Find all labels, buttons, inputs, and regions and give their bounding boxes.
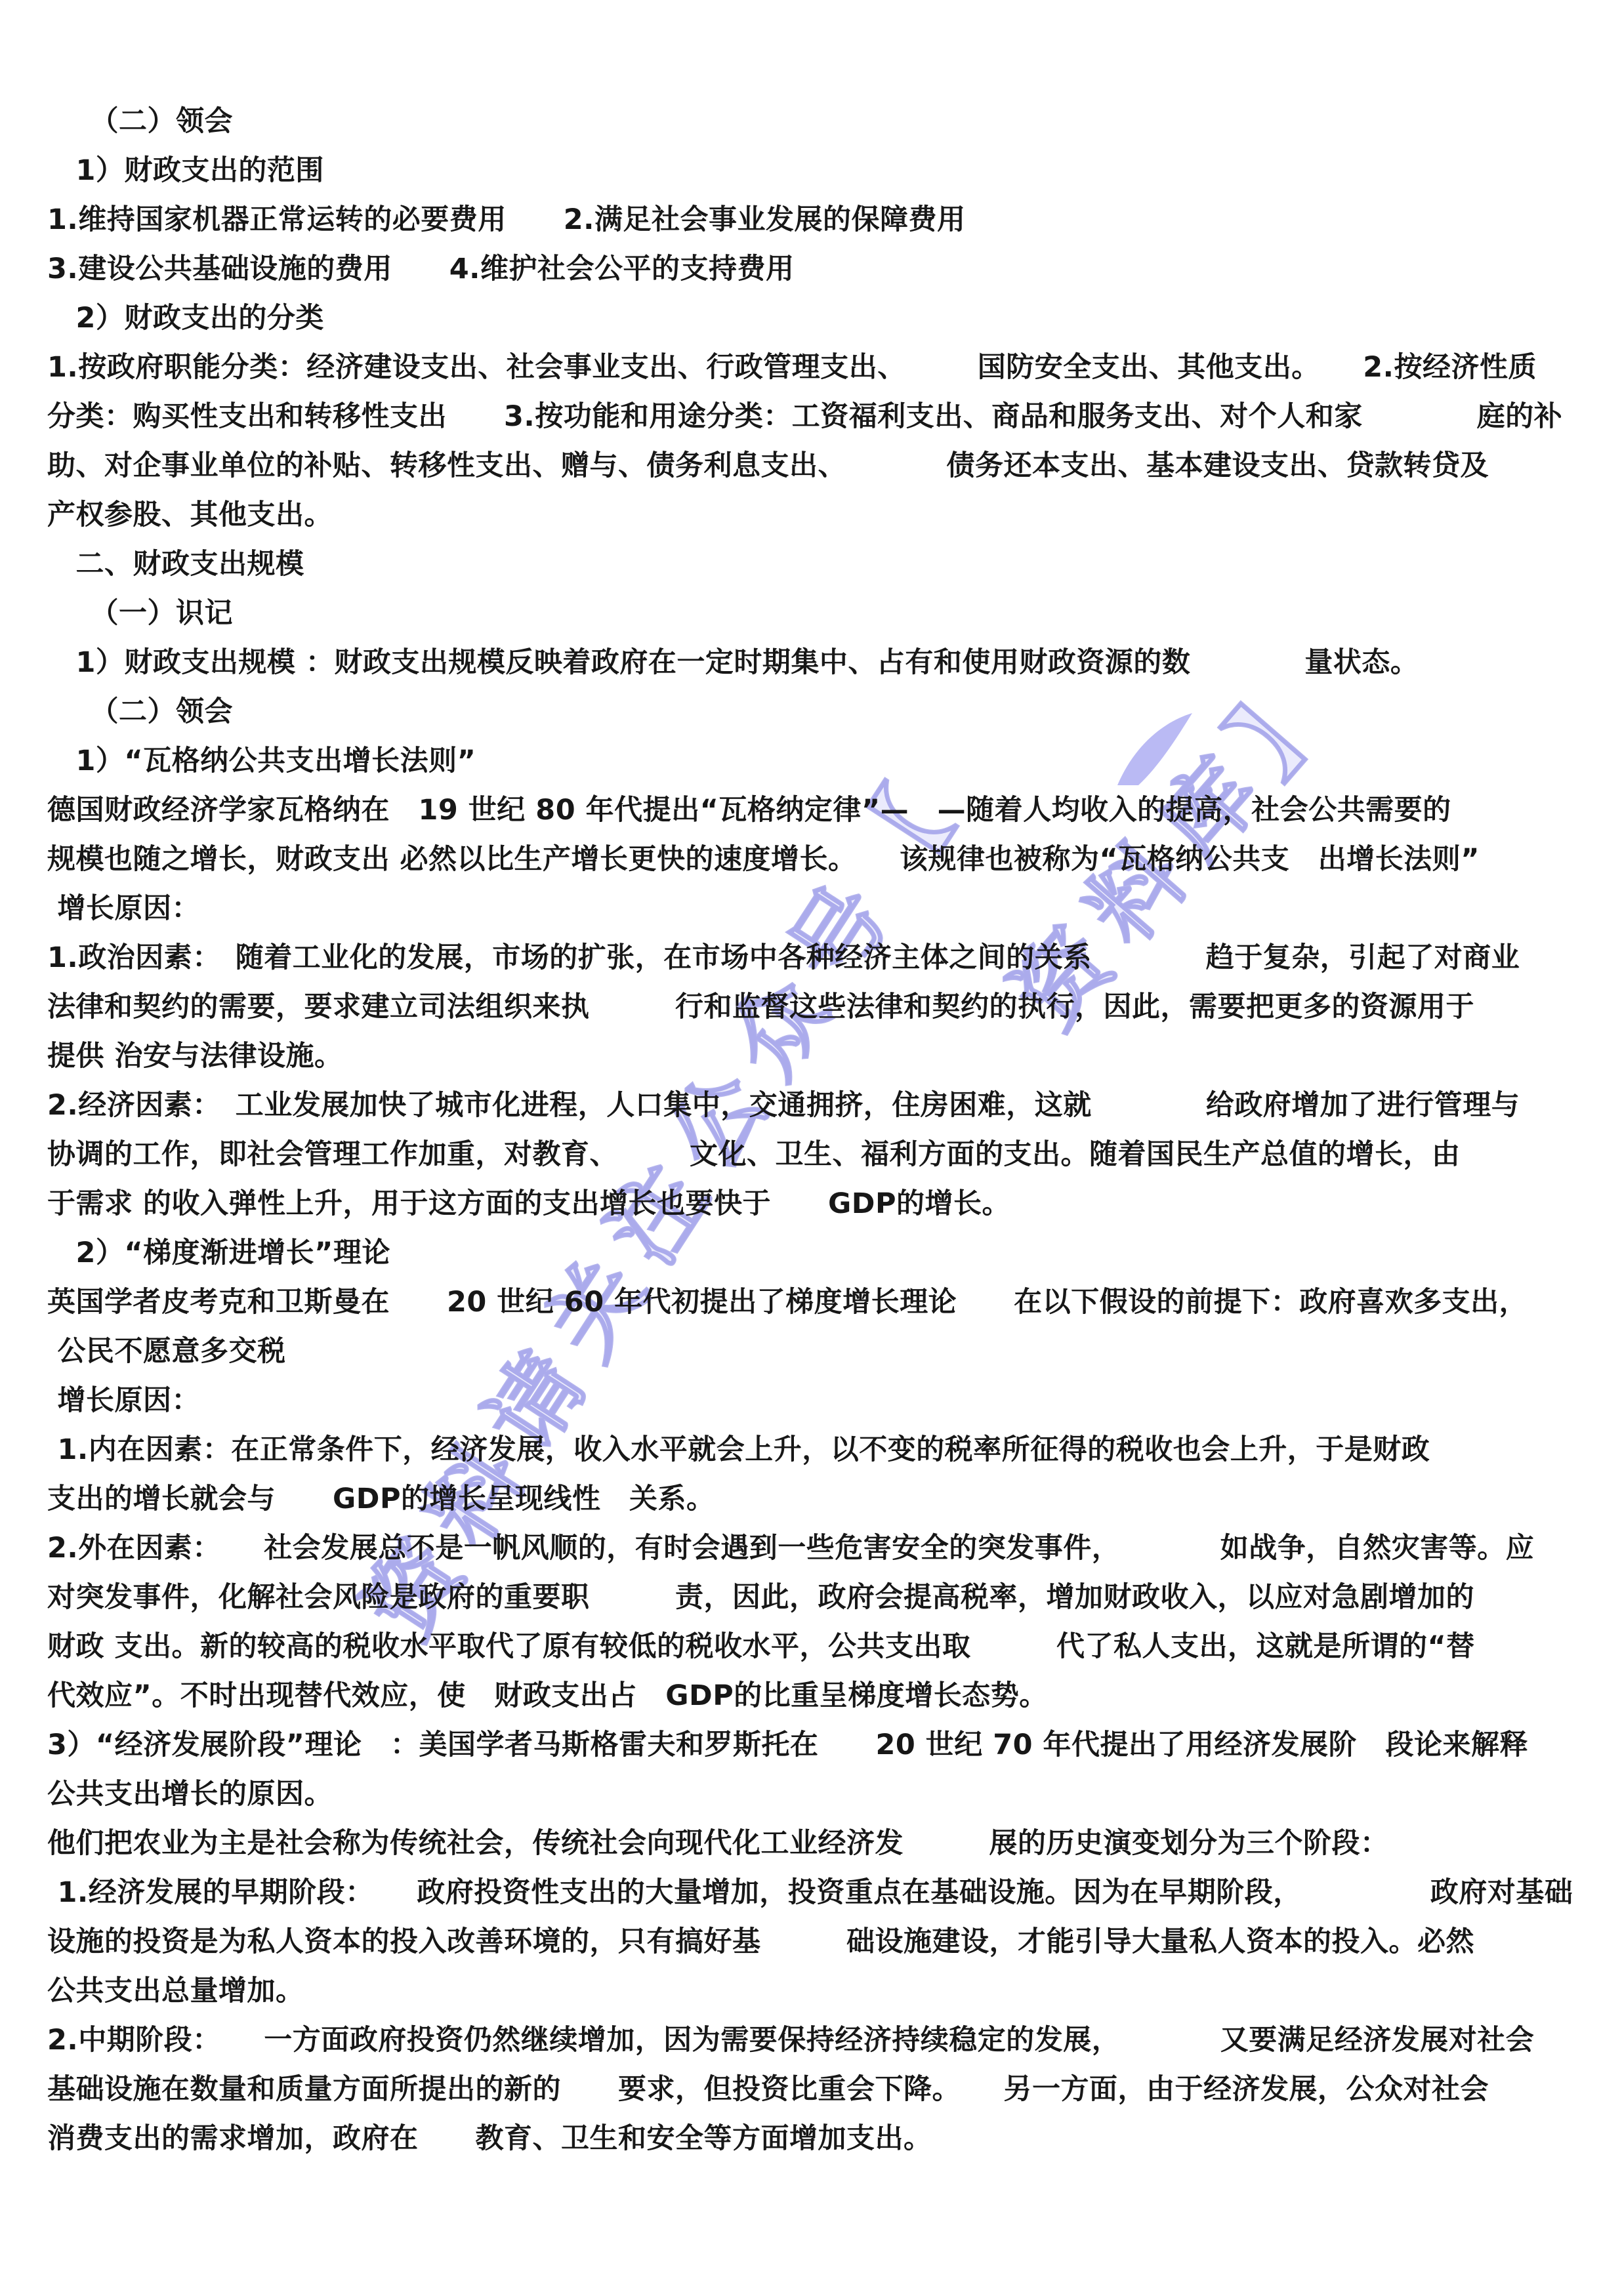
document-body: （二）领会 1）财政支出的范围1.维持国家机器正常运转的必要费用 2.满足社会事… (47, 97, 1583, 2163)
text-line: 3.建设公共基础设施的费用 4.维护社会公平的支持费用 (47, 245, 1583, 294)
text-line: 增长原因： (47, 884, 1583, 933)
text-line: 增长原因： (47, 1376, 1583, 1425)
text-line: 分类：购买性支出和转移性支出 3.按功能和用途分类：工资福利支出、商品和服务支出… (47, 392, 1583, 441)
text-line: 3）“经济发展阶段”理论 ：美国学者马斯格雷夫和罗斯托在 20 世纪 70 年代… (47, 1721, 1583, 1770)
text-line: 基础设施在数量和质量方面所提出的新的 要求，但投资比重会下降。 另一方面，由于经… (47, 2065, 1583, 2114)
text-line: 2）“梯度渐进增长”理论 (47, 1229, 1583, 1278)
text-line: 协调的工作，即社会管理工作加重，对教育、 文化、卫生、福利方面的支出。随着国民生… (47, 1130, 1583, 1179)
text-line: 公共支出总量增加。 (47, 1967, 1583, 2016)
text-line: 提供 治安与法律设施。 (47, 1032, 1583, 1081)
text-line: （一）识记 (47, 589, 1583, 638)
text-line: 1.政治因素： 随着工业化的发展，市场的扩张，在市场中各种经济主体之间的关系 趋… (47, 933, 1583, 983)
text-line: 2.外在因素： 社会发展总不是一帆风顺的，有时会遇到一些危害安全的突发事件， 如… (47, 1524, 1583, 1573)
text-line: （二）领会 (47, 97, 1583, 146)
text-line: 设施的投资是为私人资本的投入改善环境的，只有搞好基 础设施建设，才能引导大量私人… (47, 1917, 1583, 1967)
text-line: 1.经济发展的早期阶段： 政府投资性支出的大量增加，投资重点在基础设施。因为在早… (47, 1868, 1583, 1917)
text-line: 法律和契约的需要，要求建立司法组织来执 行和监督这些法律和契约的执行，因此，需要… (47, 983, 1583, 1032)
text-line: 对突发事件，化解社会风险是政府的重要职 责，因此，政府会提高税率，增加财政收入，… (47, 1573, 1583, 1622)
text-line: 德国财政经济学家瓦格纳在 19 世纪 80 年代提出“瓦格纳定律”— —随着人均… (47, 786, 1583, 835)
text-line: 公共支出增长的原因。 (47, 1770, 1583, 1819)
text-line: 英国学者皮考克和卫斯曼在 20 世纪 60 年代初提出了梯度增长理论 在以下假设… (47, 1278, 1583, 1327)
text-line: 2）财政支出的分类 (47, 294, 1583, 343)
text-line: 二、财政支出规模 (47, 540, 1583, 589)
text-line: 于需求 的收入弹性上升，用于这方面的支出增长也要快于 GDP的增长。 (47, 1179, 1583, 1229)
text-line: 2.经济因素： 工业发展加快了城市化进程，人口集中，交通拥挤，住房困难，这就 给… (47, 1081, 1583, 1130)
text-line: 他们把农业为主是社会称为传统社会，传统社会向现代化工业经济发 展的历史演变划分为… (47, 1819, 1583, 1868)
text-line: 财政 支出。新的较高的税收水平取代了原有较低的税收水平，公共支出取 代了私人支出… (47, 1622, 1583, 1671)
text-line: 公民不愿意多交税 (47, 1327, 1583, 1376)
text-line: 1）财政支出的范围 (47, 146, 1583, 195)
text-line: 助、对企事业单位的补贴、转移性支出、赠与、债务利息支出、 债务还本支出、基本建设… (47, 441, 1583, 491)
text-line: 2.中期阶段： 一方面政府投资仍然继续增加，因为需要保持经济持续稳定的发展， 又… (47, 2016, 1583, 2065)
text-line: 1.内在因素：在正常条件下，经济发展，收入水平就会上升，以不变的税率所征得的税收… (47, 1425, 1583, 1475)
text-line: （二）领会 (47, 687, 1583, 737)
text-line: 1）“瓦格纳公共支出增长法则” (47, 737, 1583, 786)
text-line: 代效应”。不时出现替代效应，使 财政支出占 GDP的比重呈梯度增长态势。 (47, 1671, 1583, 1721)
text-line: 1.维持国家机器正常运转的必要费用 2.满足社会事业发展的保障费用 (47, 195, 1583, 245)
text-line: 产权参股、其他支出。 (47, 491, 1583, 540)
text-line: 消费支出的需求增加，政府在 教育、卫生和安全等方面增加支出。 (47, 2114, 1583, 2163)
document-page: 资料请关注公众号【 资料库】 （二）领会 1）财政支出的范围1.维持国家机器正常… (0, 0, 1622, 2296)
text-line: 1.按政府职能分类：经济建设支出、社会事业支出、行政管理支出、 国防安全支出、其… (47, 343, 1583, 392)
text-line: 支出的增长就会与 GDP的增长呈现线性 关系。 (47, 1475, 1583, 1524)
text-line: 1）财政支出规模 ：财政支出规模反映着政府在一定时期集中、占有和使用财政资源的数… (47, 638, 1583, 687)
text-line: 规模也随之增长，财政支出 必然以比生产增长更快的速度增长。 该规律也被称为“瓦格… (47, 835, 1583, 884)
